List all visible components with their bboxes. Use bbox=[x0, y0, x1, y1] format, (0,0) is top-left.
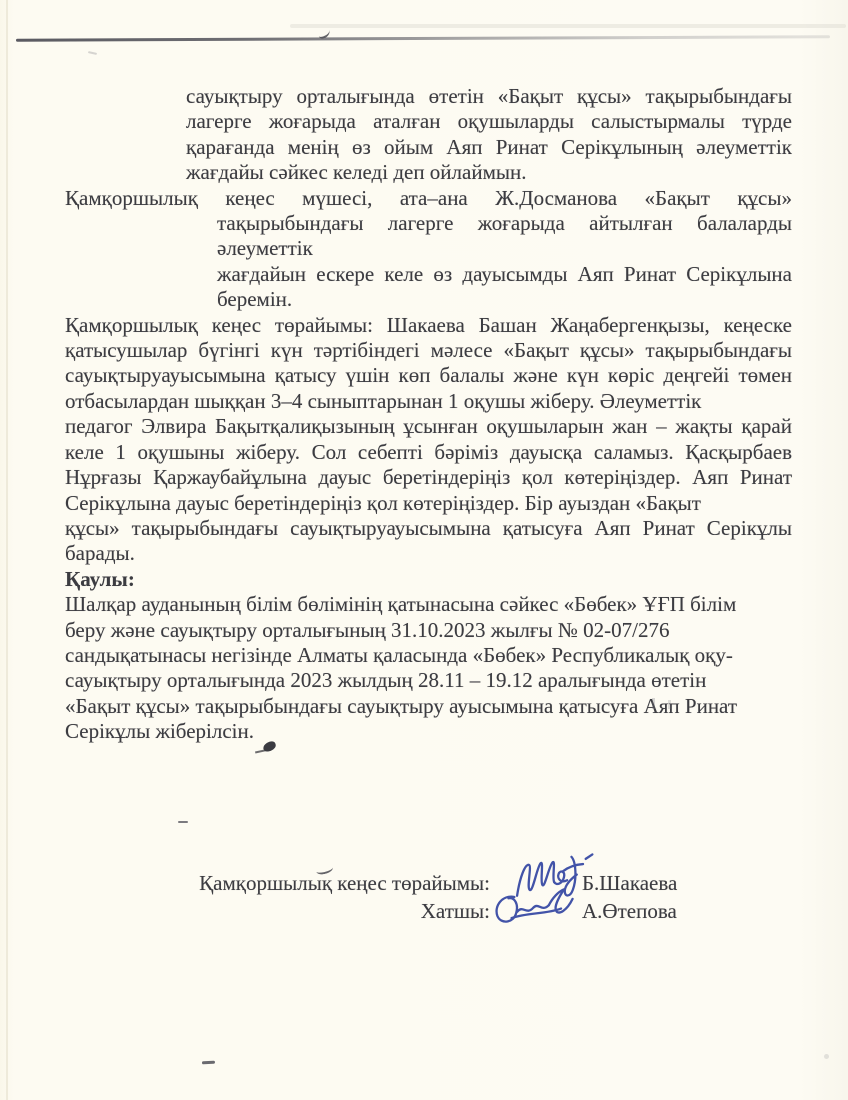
pencil-trace bbox=[668, 700, 671, 709]
text-line: Серікұлы жіберілсін. bbox=[65, 719, 792, 744]
text-line: Серікұлына дауыс беретіндеріңіз қол көте… bbox=[65, 491, 792, 516]
text-line: сауықтыру орталығында өтетін «Бақыт құсы… bbox=[186, 84, 792, 109]
scan-edge-line bbox=[16, 35, 830, 42]
text-line: педагог Элвира Бақытқалиқызының ұсынған … bbox=[65, 414, 792, 439]
text-line: тақырыбындағы лагерге жоғарыда айтылған … bbox=[65, 211, 792, 262]
text-line: құсы» тақырыбындағы сауықтыруауысымына қ… bbox=[65, 516, 792, 541]
text-line: Нұрғазы Қаржаубайұлына дауыс беретіндері… bbox=[65, 465, 792, 490]
text-line: Шалқар ауданының білім бөлімінің қатынас… bbox=[65, 592, 792, 617]
text-line: беремін. bbox=[65, 287, 792, 312]
paragraph-member-opinion: сауықтыру орталығында өтетін «Бақыт құсы… bbox=[186, 84, 792, 186]
decision-heading: Қаулы: bbox=[65, 567, 792, 592]
text-line: Қамқоршылық кеңес мүшесі, ата–ана Ж.Досм… bbox=[65, 186, 792, 211]
signature-name-secretary: А.Өтепова bbox=[582, 897, 677, 925]
text-line: жағдайын ескере келе өз дауысымды Аяп Ри… bbox=[65, 262, 792, 287]
text-line: сандықатынасы негізінде Алматы қаласында… bbox=[65, 643, 792, 668]
signature-label-secretary: Хатшы: bbox=[65, 897, 490, 925]
text-line: барады. bbox=[65, 541, 792, 566]
text-line: Қамқоршылық кеңес төрайымы: Шакаева Баша… bbox=[65, 313, 792, 338]
text-line: сауықтыру орталығында 2023 жылдың 28.11 … bbox=[65, 668, 792, 693]
ink-speck bbox=[824, 1054, 829, 1059]
document-body: сауықтыру орталығында өтетін «Бақыт құсы… bbox=[65, 84, 792, 745]
text-line: қатысушылар бүгінгі күн тәртібіндегі мәл… bbox=[65, 338, 792, 363]
text-line: лагерге жоғарыда аталған оқушыларды салы… bbox=[186, 109, 792, 134]
text-line: келе 1 оқушыны жіберу. Сол себепті бәрім… bbox=[65, 440, 792, 465]
paragraph-decision: Шалқар ауданының білім бөлімінің қатынас… bbox=[65, 592, 792, 744]
pen-dash bbox=[178, 821, 188, 823]
signature-label-chairwoman: Қамқоршылық кеңес төрайымы: bbox=[65, 869, 490, 897]
text-line: сауықтыруауысымына қатысу үшін көп балал… bbox=[65, 363, 792, 388]
paragraph-chairwoman-speech: Қамқоршылық кеңес төрайымы: Шакаева Баша… bbox=[65, 313, 792, 567]
scan-left-edge bbox=[6, 0, 8, 1100]
paragraph-member-vote: Қамқоршылық кеңес мүшесі, ата–ана Ж.Досм… bbox=[65, 186, 792, 313]
pencil-trace bbox=[652, 698, 655, 709]
signature-row-secretary: Хатшы: А.Өтепова bbox=[65, 897, 765, 925]
text-line: отбасылардан шыққан 3–4 сыныптарынан 1 о… bbox=[65, 389, 792, 414]
pen-dash bbox=[202, 1061, 215, 1065]
scan-shadow-band bbox=[290, 24, 846, 28]
scanned-document-page: сауықтыру орталығында өтетін «Бақыт құсы… bbox=[0, 0, 848, 1100]
ink-speck bbox=[88, 51, 97, 55]
text-line: беру және сауықтыру орталығының 31.10.20… bbox=[65, 618, 792, 643]
signature-row-chairwoman: Қамқоршылық кеңес төрайымы: Б.Шакаева bbox=[65, 869, 765, 897]
signature-name-chairwoman: Б.Шакаева bbox=[582, 869, 677, 897]
signature-block: Қамқоршылық кеңес төрайымы: Б.Шакаева Ха… bbox=[65, 869, 765, 925]
text-line: қарағанда менің өз ойым Аяп Ринат Серікұ… bbox=[186, 135, 792, 160]
text-line: «Бақыт құсы» тақырыбындағы сауықтыру ауы… bbox=[65, 694, 792, 719]
text-line: жағдайы сәйкес келеді деп ойлаймын. bbox=[186, 160, 792, 185]
